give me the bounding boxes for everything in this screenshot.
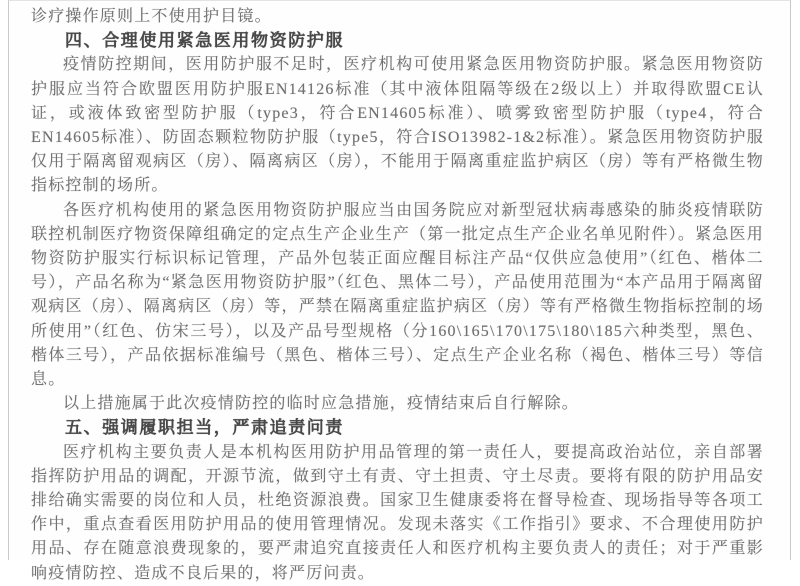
document-content: 诊疗操作原则上不使用护目镜。 四、合理使用紧急医用物资防护服 疫情防控期间，医用… [9,1,790,560]
paragraph-emergency-suit-standards: 疫情防控期间，医用防护服不足时，医疗机构可使用紧急医用物资防护服。紧急医用物资防… [31,53,764,198]
paragraph-accountability: 医疗机构主要负责人是本机构医用防护用品管理的第一责任人，要提高政治站位，亲自部署… [31,441,764,560]
paragraph-labeling-requirements: 各医疗机构使用的紧急医用物资防护服应当由国务院应对新型冠状病毒感染的肺炎疫情联防… [31,199,764,393]
paragraph-continuation-goggles: 诊疗操作原则上不使用护目镜。 [31,5,764,29]
paragraph-temporary-measures: 以上措施属于此次疫情防控的临时应急措施，疫情结束后自行解除。 [31,392,764,416]
section-heading-5: 五、强调履职担当，严肃追责问责 [31,416,764,440]
section-heading-4: 四、合理使用紧急医用物资防护服 [31,29,764,53]
document-page: 诊疗操作原则上不使用护目镜。 四、合理使用紧急医用物资防护服 疫情防控期间，医用… [8,0,791,560]
